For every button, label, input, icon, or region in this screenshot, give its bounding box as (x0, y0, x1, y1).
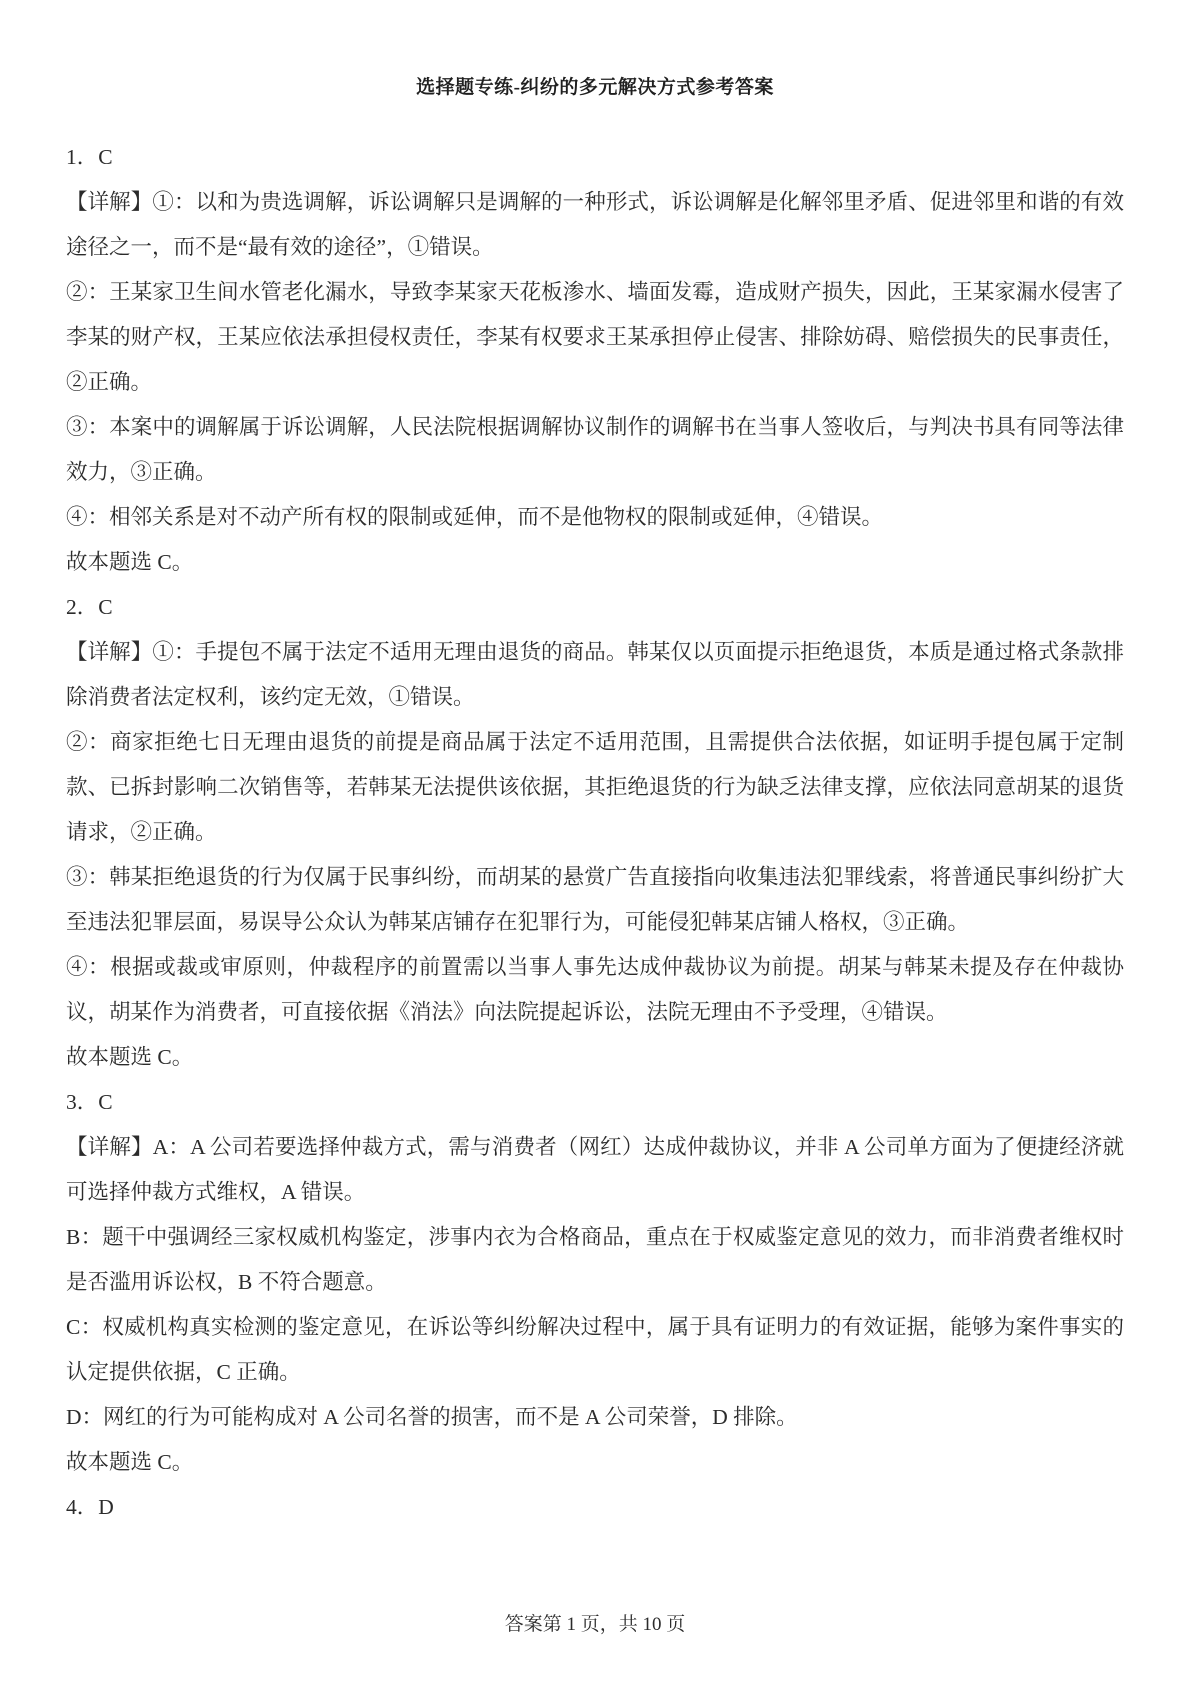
explanation-paragraph: 【详解】①：手提包不属于法定不适用无理由退货的商品。韩某仅以页面提示拒绝退货，本… (66, 630, 1124, 720)
explanation-paragraph: 【详解】①：以和为贵选调解，诉讼调解只是调解的一种形式，诉讼调解是化解邻里矛盾、… (66, 180, 1124, 270)
explanation-paragraph: ③：本案中的调解属于诉讼调解，人民法院根据调解协议制作的调解书在当事人签收后，与… (66, 405, 1124, 495)
answer-number: 1．C (66, 135, 1124, 180)
explanation-paragraph: ②：王某家卫生间水管老化漏水，导致李某家天花板渗水、墙面发霉，造成财产损失，因此… (66, 270, 1124, 405)
conclusion-line: 故本题选 C。 (66, 1440, 1124, 1485)
answer-number: 3．C (66, 1080, 1124, 1125)
document-page: 选择题专练-纠纷的多元解决方式参考答案 1．C 【详解】①：以和为贵选调解，诉讼… (0, 0, 1190, 1682)
conclusion-line: 故本题选 C。 (66, 1035, 1124, 1080)
explanation-paragraph: ②：商家拒绝七日无理由退货的前提是商品属于法定不适用范围，且需提供合法依据，如证… (66, 720, 1124, 855)
answer-section-2: 2．C 【详解】①：手提包不属于法定不适用无理由退货的商品。韩某仅以页面提示拒绝… (66, 585, 1124, 1080)
page-footer: 答案第 1 页，共 10 页 (0, 1609, 1190, 1636)
answer-section-4: 4．D (66, 1485, 1124, 1530)
explanation-paragraph: D：网红的行为可能构成对 A 公司名誉的损害，而不是 A 公司荣誉，D 排除。 (66, 1395, 1124, 1440)
answer-number: 4．D (66, 1485, 1124, 1530)
explanation-paragraph: ④：相邻关系是对不动产所有权的限制或延伸，而不是他物权的限制或延伸，④错误。 (66, 495, 1124, 540)
answer-number: 2．C (66, 585, 1124, 630)
document-title: 选择题专练-纠纷的多元解决方式参考答案 (0, 0, 1190, 100)
explanation-paragraph: C：权威机构真实检测的鉴定意见，在诉讼等纠纷解决过程中，属于具有证明力的有效证据… (66, 1305, 1124, 1395)
document-body: 1．C 【详解】①：以和为贵选调解，诉讼调解只是调解的一种形式，诉讼调解是化解邻… (66, 135, 1124, 1530)
answer-section-3: 3．C 【详解】A：A 公司若要选择仲裁方式，需与消费者（网红）达成仲裁协议，并… (66, 1080, 1124, 1485)
explanation-paragraph: 【详解】A：A 公司若要选择仲裁方式，需与消费者（网红）达成仲裁协议，并非 A … (66, 1125, 1124, 1215)
conclusion-line: 故本题选 C。 (66, 540, 1124, 585)
explanation-paragraph: ③：韩某拒绝退货的行为仅属于民事纠纷，而胡某的悬赏广告直接指向收集违法犯罪线索，… (66, 855, 1124, 945)
explanation-paragraph: ④：根据或裁或审原则，仲裁程序的前置需以当事人事先达成仲裁协议为前提。胡某与韩某… (66, 945, 1124, 1035)
explanation-paragraph: B：题干中强调经三家权威机构鉴定，涉事内衣为合格商品，重点在于权威鉴定意见的效力… (66, 1215, 1124, 1305)
answer-section-1: 1．C 【详解】①：以和为贵选调解，诉讼调解只是调解的一种形式，诉讼调解是化解邻… (66, 135, 1124, 585)
